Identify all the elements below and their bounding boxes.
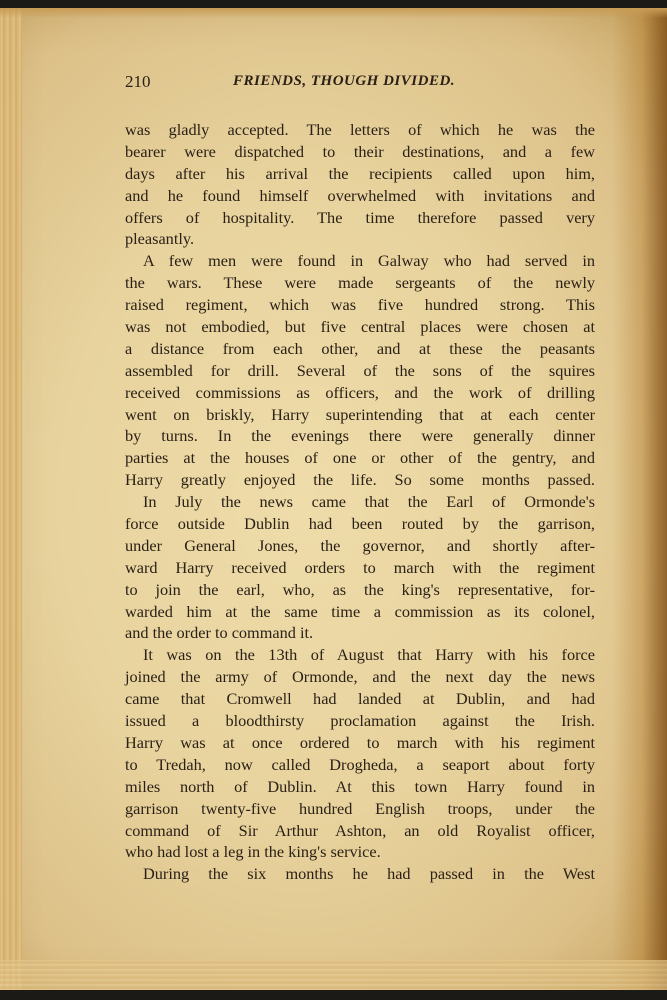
text-line: under General Jones, the governor, and s… (125, 535, 595, 557)
text-line: and the order to command it. (125, 622, 595, 644)
text-line: parties at the houses of one or other of… (125, 447, 595, 469)
text-line: to Tredah, now called Drogheda, a seapor… (125, 754, 595, 776)
page-edge-bottom (0, 960, 667, 990)
text-line: came that Cromwell had landed at Dublin,… (125, 688, 595, 710)
page-edge-right (612, 8, 667, 990)
page-edge-top (0, 8, 667, 18)
text-line: A few men were found in Galway who had s… (125, 250, 595, 272)
text-line: garrison twenty-five hundred English tro… (125, 798, 595, 820)
text-line: ward Harry received orders to march with… (125, 557, 595, 579)
text-line: bearer were dispatched to their destinat… (125, 141, 595, 163)
text-line: joined the army of Ormonde, and the next… (125, 666, 595, 688)
text-line: It was on the 13th of August that Harry … (125, 644, 595, 666)
text-line: issued a bloodthirsty proclamation again… (125, 710, 595, 732)
text-line: was gladly accepted. The letters of whic… (125, 119, 595, 141)
text-line: the wars. These were made sergeants of t… (125, 272, 595, 294)
text-line: days after his arrival the recipients ca… (125, 163, 595, 185)
body-text: was gladly accepted. The letters of whic… (125, 119, 595, 885)
text-line: and he found himself overwhelmed with in… (125, 185, 595, 207)
text-line: command of Sir Arthur Ashton, an old Roy… (125, 820, 595, 842)
text-line: offers of hospitality. The time therefor… (125, 207, 595, 229)
text-line: In July the news came that the Earl of O… (125, 491, 595, 513)
text-line: Harry was at once ordered to march with … (125, 732, 595, 754)
page-edge-left (0, 8, 22, 990)
text-line: miles north of Dublin. At this town Harr… (125, 776, 595, 798)
text-line: force outside Dublin had been routed by … (125, 513, 595, 535)
text-line: Harry greatly enjoyed the life. So some … (125, 469, 595, 491)
text-line: warded him at the same time a commission… (125, 601, 595, 623)
page-number: 210 (125, 72, 151, 92)
page-header: 210 FRIENDS, THOUGH DIVIDED. (125, 72, 595, 94)
text-line: a distance from each other, and at these… (125, 338, 595, 360)
text-line: During the six months he had passed in t… (125, 863, 595, 885)
text-line: raised regiment, which was five hundred … (125, 294, 595, 316)
text-line: assembled for drill. Several of the sons… (125, 360, 595, 382)
text-line: received commissions as officers, and th… (125, 382, 595, 404)
text-line: went on briskly, Harry superintending th… (125, 404, 595, 426)
running-title: FRIENDS, THOUGH DIVIDED. (233, 73, 455, 90)
text-line: was not embodied, but five central place… (125, 316, 595, 338)
text-line: who had lost a leg in the king's service… (125, 841, 595, 863)
text-line: by turns. In the evenings there were gen… (125, 425, 595, 447)
text-line: pleasantly. (125, 228, 595, 250)
text-line: to join the earl, who, as the king's rep… (125, 579, 595, 601)
